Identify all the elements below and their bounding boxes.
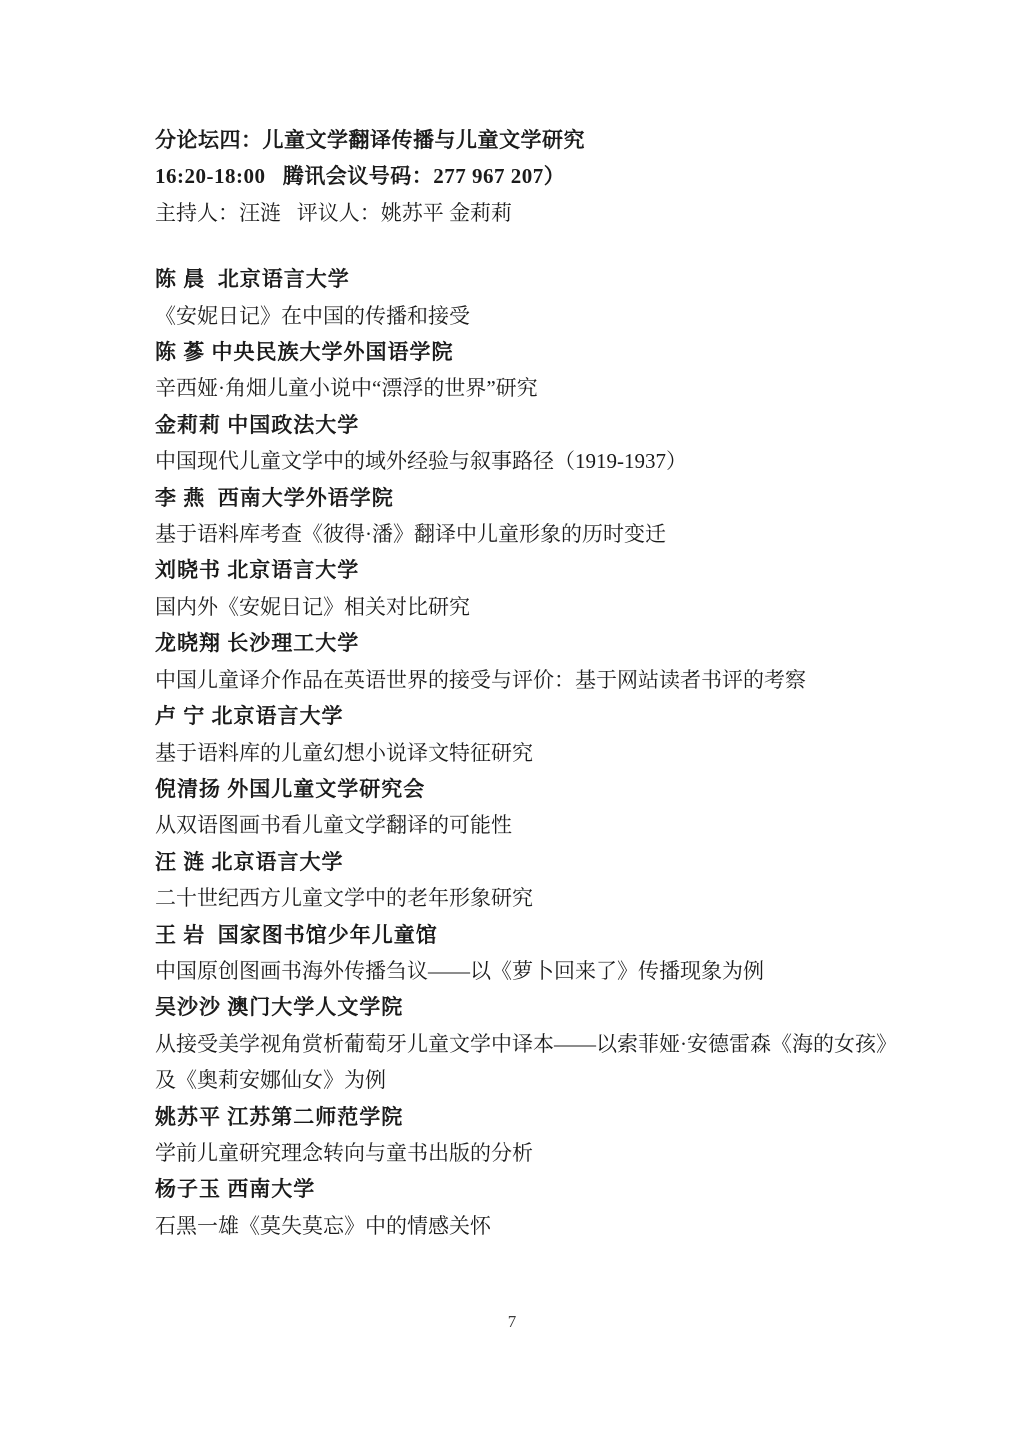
speaker-line: 龙晓翔 长沙理工大学 xyxy=(155,625,903,661)
paper-title: 二十世纪西方儿童文学中的老年形象研究 xyxy=(155,880,903,916)
program-entry: 吴沙沙 澳门大学人文学院 从接受美学视角赏析葡萄牙儿童文学中译本——以索菲娅·安… xyxy=(155,989,903,1098)
paper-title: 《安妮日记》在中国的传播和接受 xyxy=(155,298,903,334)
paper-title: 中国现代儿童文学中的域外经验与叙事路径（1919-1937） xyxy=(155,443,903,479)
program-entry: 陈 蔘 中央民族大学外国语学院 辛西娅·角畑儿童小说中“漂浮的世界”研究 xyxy=(155,334,903,407)
program-entry: 刘晓书 北京语言大学 国内外《安妮日记》相关对比研究 xyxy=(155,552,903,625)
program-entry: 姚苏平 江苏第二师范学院 学前儿童研究理念转向与童书出版的分析 xyxy=(155,1099,903,1172)
paper-title: 基于语料库考查《彼得·潘》翻译中儿童形象的历时变迁 xyxy=(155,516,903,552)
speaker-line: 姚苏平 江苏第二师范学院 xyxy=(155,1099,903,1135)
program-entry: 金莉莉 中国政法大学 中国现代儿童文学中的域外经验与叙事路径（1919-1937… xyxy=(155,407,903,480)
forum-time-meeting-id: 16:20-18:00 腾讯会议号码：277 967 207） xyxy=(155,158,903,194)
speaker-line: 倪清扬 外国儿童文学研究会 xyxy=(155,771,903,807)
paper-title: 中国原创图画书海外传播刍议——以《萝卜回来了》传播现象为例 xyxy=(155,953,903,989)
program-entry: 杨子玉 西南大学 石黑一雄《莫失莫忘》中的情感关怀 xyxy=(155,1171,903,1244)
speaker-line: 汪 涟 北京语言大学 xyxy=(155,844,903,880)
speaker-line: 刘晓书 北京语言大学 xyxy=(155,552,903,588)
paper-title: 国内外《安妮日记》相关对比研究 xyxy=(155,589,903,625)
program-entry: 李 燕 西南大学外语学院 基于语料库考查《彼得·潘》翻译中儿童形象的历时变迁 xyxy=(155,480,903,553)
paper-title: 从双语图画书看儿童文学翻译的可能性 xyxy=(155,807,903,843)
paper-title: 学前儿童研究理念转向与童书出版的分析 xyxy=(155,1135,903,1171)
forum-chairs: 主持人：汪涟 评议人：姚苏平 金莉莉 xyxy=(155,195,903,231)
paper-title: 辛西娅·角畑儿童小说中“漂浮的世界”研究 xyxy=(155,370,903,406)
speaker-line: 吴沙沙 澳门大学人文学院 xyxy=(155,989,903,1025)
paper-title: 从接受美学视角赏析葡萄牙儿童文学中译本——以索菲娅·安德雷森《海的女孩》及《奥莉… xyxy=(155,1026,903,1099)
program-entry: 陈 晨 北京语言大学 《安妮日记》在中国的传播和接受 xyxy=(155,261,903,334)
speaker-line: 李 燕 西南大学外语学院 xyxy=(155,480,903,516)
speaker-line: 杨子玉 西南大学 xyxy=(155,1171,903,1207)
paper-title: 石黑一雄《莫失莫忘》中的情感关怀 xyxy=(155,1208,903,1244)
speaker-line: 王 岩 国家图书馆少年儿童馆 xyxy=(155,917,903,953)
paper-title: 基于语料库的儿童幻想小说译文特征研究 xyxy=(155,735,903,771)
speaker-line: 卢 宁 北京语言大学 xyxy=(155,698,903,734)
document-page: 分论坛四：儿童文学翻译传播与儿童文学研究 16:20-18:00 腾讯会议号码：… xyxy=(0,0,1024,1448)
page-content: 分论坛四：儿童文学翻译传播与儿童文学研究 16:20-18:00 腾讯会议号码：… xyxy=(155,122,903,1244)
program-entry: 龙晓翔 长沙理工大学 中国儿童译介作品在英语世界的接受与评价：基于网站读者书评的… xyxy=(155,625,903,698)
forum-title: 分论坛四：儿童文学翻译传播与儿童文学研究 xyxy=(155,122,903,158)
speaker-line: 陈 晨 北京语言大学 xyxy=(155,261,903,297)
program-entry: 倪清扬 外国儿童文学研究会 从双语图画书看儿童文学翻译的可能性 xyxy=(155,771,903,844)
program-entry-list: 陈 晨 北京语言大学 《安妮日记》在中国的传播和接受 陈 蔘 中央民族大学外国语… xyxy=(155,261,903,1244)
program-entry: 汪 涟 北京语言大学 二十世纪西方儿童文学中的老年形象研究 xyxy=(155,844,903,917)
program-entry: 卢 宁 北京语言大学 基于语料库的儿童幻想小说译文特征研究 xyxy=(155,698,903,771)
speaker-line: 陈 蔘 中央民族大学外国语学院 xyxy=(155,334,903,370)
speaker-line: 金莉莉 中国政法大学 xyxy=(155,407,903,443)
page-number: 7 xyxy=(0,1312,1024,1332)
program-entry: 王 岩 国家图书馆少年儿童馆 中国原创图画书海外传播刍议——以《萝卜回来了》传播… xyxy=(155,917,903,990)
paper-title: 中国儿童译介作品在英语世界的接受与评价：基于网站读者书评的考察 xyxy=(155,662,903,698)
